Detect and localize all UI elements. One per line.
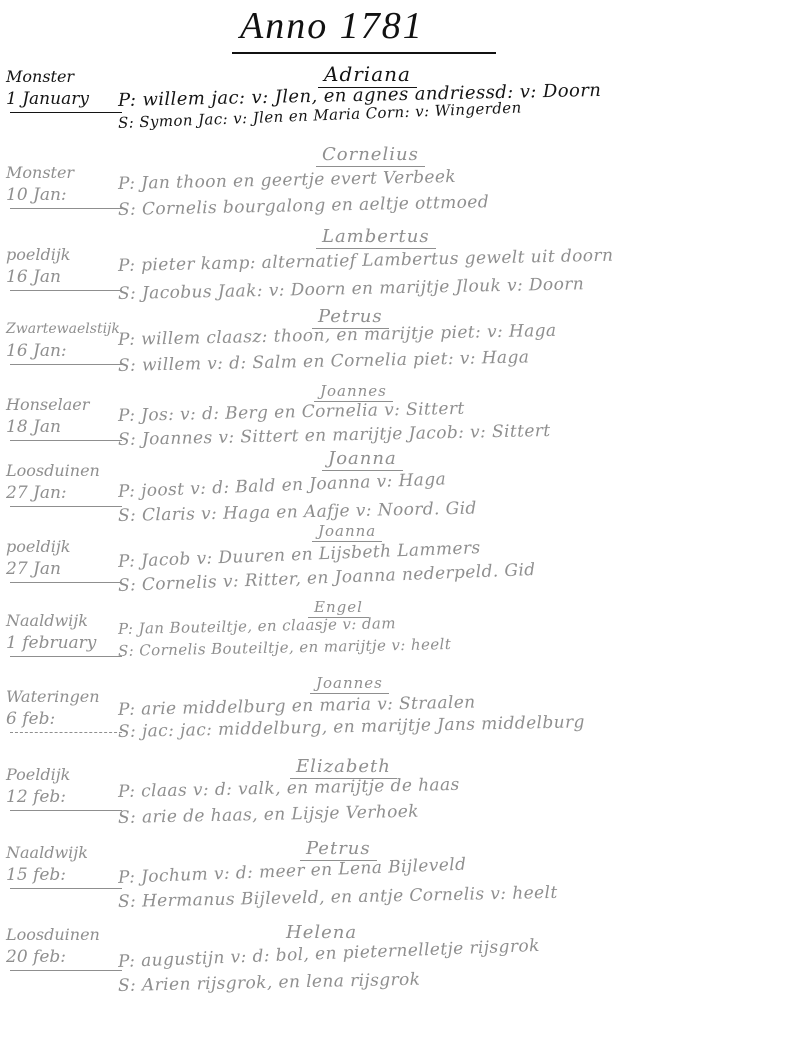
date-underline (10, 364, 122, 365)
entry-place: Monster (6, 162, 114, 184)
date-underline (10, 112, 122, 113)
witnesses-line: S: Jacobus Jaak: v: Doorn en marijtje Jl… (118, 274, 585, 304)
date-underline (10, 888, 122, 889)
entry-place: Loosduinen (6, 460, 114, 482)
parents-line: P: pieter kamp: alternatief Lambertus ge… (118, 246, 614, 276)
entry-place: Naaldwijk (6, 610, 114, 632)
entry-date: 1 January (6, 88, 114, 110)
place-date-column: Naaldwijk 1 february (6, 610, 114, 654)
witnesses-line: S: Hermanus Bijleveld, en antje Cornelis… (118, 883, 558, 912)
place-date-column: Honselaer 18 Jan (6, 394, 114, 438)
entry-date: 16 Jan: (6, 340, 114, 362)
page-title: Anno 1781 (240, 4, 480, 48)
parents-line: P: willem claasz: thoon, en marijtje pie… (118, 321, 557, 350)
child-name: Cornelius (316, 144, 425, 167)
place-date-column: Poeldijk 12 feb: (6, 764, 114, 808)
parents-line: P: Jan Bouteiltje, en claasje v: dam (118, 614, 396, 638)
entry-date: 6 feb: (6, 708, 114, 730)
entry-place: Loosduinen (6, 924, 114, 946)
entry-place: Monster (6, 66, 114, 88)
entry-place: Zwartewaelstijk (6, 318, 114, 340)
child-name: Joannes (314, 382, 393, 402)
child-name: Helena (280, 922, 363, 944)
child-name: Lambertus (316, 226, 436, 249)
date-underline (10, 208, 122, 209)
place-date-column: Loosduinen 20 feb: (6, 924, 114, 968)
parents-line: P: claas v: d: valk, en marijtje de haas (118, 775, 460, 802)
date-underline (10, 970, 122, 971)
witnesses-line: S: Joannes v: Sittert en marijtje Jacob:… (118, 421, 551, 450)
place-date-column: poeldijk 27 Jan (6, 536, 114, 580)
witnesses-line: S: Cornelis Bouteiltje, en marijtje v: h… (118, 635, 452, 660)
witnesses-line: S: Cornelis bourgalong en aeltje ottmoed (118, 192, 489, 220)
entry-date: 15 feb: (6, 864, 114, 886)
place-date-column: Naaldwijk 15 feb: (6, 842, 114, 886)
place-date-column: Monster 10 Jan: (6, 162, 114, 206)
date-underline (10, 440, 122, 441)
entry-date: 20 feb: (6, 946, 114, 968)
child-name: Joanna (312, 522, 382, 542)
entry-place: Poeldijk (6, 764, 114, 786)
place-date-column: Loosduinen 27 Jan: (6, 460, 114, 504)
date-underline (10, 732, 122, 733)
parents-line: P: Jochum v: d: meer en Lena Bijleveld (118, 855, 467, 888)
place-date-column: Monster 1 January (6, 66, 114, 110)
parents-line: P: Jos: v: d: Berg en Cornelia v: Sitter… (118, 399, 465, 426)
date-underline (10, 582, 122, 583)
entry-date: 1 february (6, 632, 114, 654)
entry-date: 27 Jan (6, 558, 114, 580)
place-date-column: poeldijk 16 Jan (6, 244, 114, 288)
witnesses-line: S: Arien rijsgrok, en lena rijsgrok (118, 970, 421, 996)
place-date-column: Wateringen 6 feb: (6, 686, 114, 730)
entry-date: 18 Jan (6, 416, 114, 438)
witnesses-line: S: willem v: d: Salm en Cornelia piet: v… (118, 347, 530, 376)
entry-date: 12 feb: (6, 786, 114, 808)
parents-line: P: joost v: d: Bald en Joanna v: Haga (118, 469, 447, 502)
entry-place: poeldijk (6, 244, 114, 266)
date-underline (10, 506, 122, 507)
witnesses-line: S: arie de haas, en Lijsje Verhoek (118, 802, 419, 828)
entry-place: Naaldwijk (6, 842, 114, 864)
entry-place: poeldijk (6, 536, 114, 558)
entry-place: Wateringen (6, 686, 114, 708)
title-underline (232, 52, 496, 54)
parents-line: P: Jan thoon en geertje evert Verbeek (118, 167, 456, 194)
date-underline (10, 810, 122, 811)
register-page: Anno 1781 Monster 1 January Adriana P: w… (0, 0, 800, 1040)
child-name: Joanna (322, 448, 403, 471)
entry-date: 27 Jan: (6, 482, 114, 504)
date-underline (10, 290, 122, 291)
entry-place: Honselaer (6, 394, 114, 416)
date-underline (10, 656, 122, 657)
entry-date: 10 Jan: (6, 184, 114, 206)
place-date-column: Zwartewaelstijk 16 Jan: (6, 318, 114, 362)
entry-date: 16 Jan (6, 266, 114, 288)
witnesses-line: S: Claris v: Haga en Aafje v: Noord. Gid (118, 498, 477, 526)
child-name: Joannes (310, 674, 389, 694)
